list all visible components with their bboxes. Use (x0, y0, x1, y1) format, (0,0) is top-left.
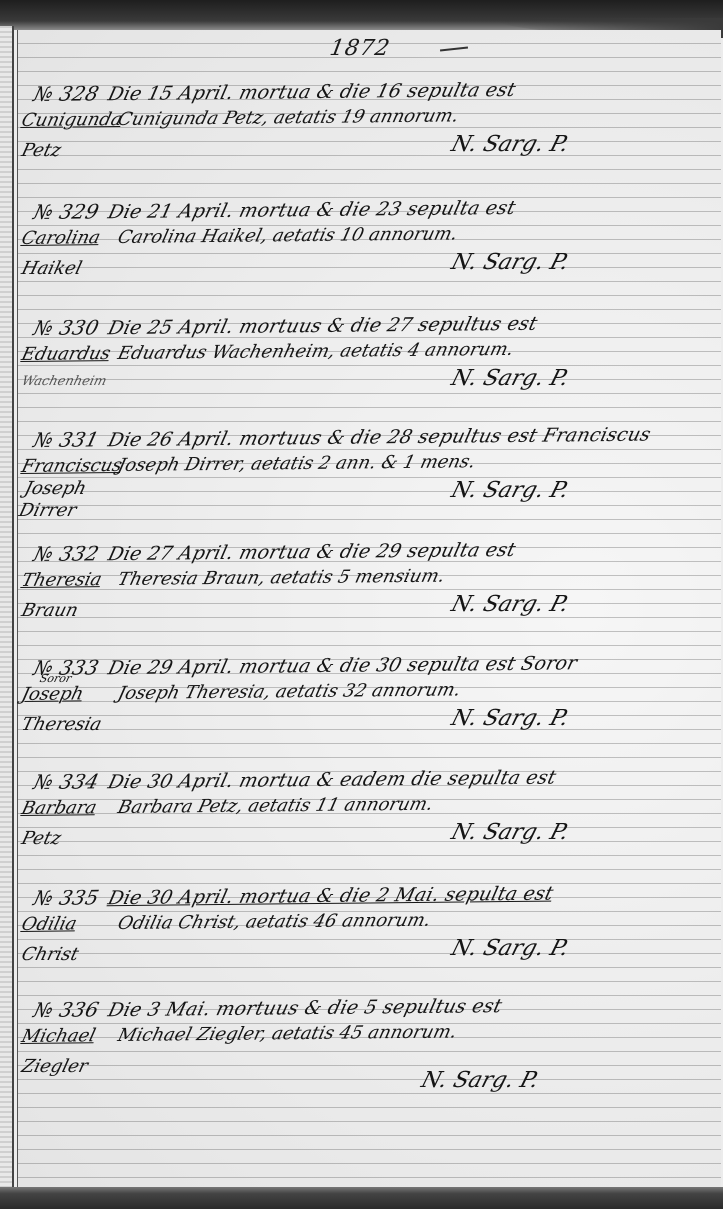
entry-death-burial-text: Die 27 April. mortua & die 29 sepulta es… (106, 539, 518, 565)
margin-first-name: Joseph (19, 683, 120, 705)
entry-name-age-text: Theresia Braun, aetatis 5 mensium. (116, 566, 447, 590)
margin-first-name: Cunigunda (19, 109, 120, 131)
margin-first-name: Carolina (19, 227, 120, 249)
entry-name-age-text: Cunigunda Petz, aetatis 19 annorum. (116, 105, 461, 130)
margin-surname: Wachenheim (20, 374, 108, 389)
priest-signature: N. Sarg. P. (448, 936, 571, 961)
entry-line-death-burial: № 336Die 3 Mai. mortuus & die 5 sepultus… (31, 993, 505, 1022)
entry-death-burial-text: Die 25 April. mortuus & die 27 sepultus … (106, 313, 540, 339)
entry-number: № 332 (31, 541, 101, 566)
entry-line-name-age: OdiliaOdilia Christ, aetatis 46 annorum. (19, 910, 432, 935)
entry-name-age-text: Joseph Dirrer, aetatis 2 ann. & 1 mens. (116, 451, 478, 476)
margin-surname: Braun (19, 600, 80, 621)
margin-surname: Haikel (19, 258, 84, 279)
margin-first-name: Eduardus (19, 343, 120, 365)
priest-signature: N. Sarg. P. (448, 478, 571, 503)
entry-number: № 331 (31, 427, 101, 452)
page-binding-edge (0, 26, 14, 1188)
margin-surname: Theresia (19, 714, 103, 735)
scanned-register-page: 1872 № 328Die 15 April. mortua & die 16 … (0, 0, 723, 1209)
entry-name-age-text: Joseph Theresia, aetatis 32 annorum. (116, 679, 463, 704)
page-year-heading: 1872 (328, 36, 392, 61)
entry-line-death-burial: № 329Die 21 April. mortua & die 23 sepul… (31, 195, 518, 224)
margin-first-name: Odilia (19, 913, 120, 935)
margin-surname: Ziegler (19, 1056, 90, 1077)
entry-death-burial-text: Die 15 April. mortua & die 16 sepulta es… (106, 79, 518, 105)
entry-line-name-age: TheresiaTheresia Braun, aetatis 5 mensiu… (19, 566, 446, 591)
entry-number: № 336 (31, 997, 101, 1022)
margin-first-name: Franciscus (19, 455, 120, 477)
priest-signature: N. Sarg. P. (418, 1068, 541, 1093)
margin-surname: Joseph Dirrer (17, 478, 89, 522)
entry-death-burial-text: Die 3 Mai. mortuus & die 5 sepultus est (106, 995, 505, 1021)
entry-line-death-burial: № 328Die 15 April. mortua & die 16 sepul… (31, 77, 518, 106)
margin-first-name: Theresia (19, 569, 120, 591)
margin-surname: Christ (19, 944, 80, 965)
priest-signature: N. Sarg. P. (448, 250, 571, 275)
entry-line-name-age: BarbaraBarbara Petz, aetatis 11 annorum. (19, 794, 435, 819)
margin-first-name: Barbara (19, 797, 120, 819)
entry-number: № 334 (31, 769, 101, 794)
entry-number: № 328 (31, 81, 101, 106)
entry-number: № 330 (31, 315, 101, 340)
entry-number: № 329 (31, 199, 101, 224)
entry-name-age-text: Michael Ziegler, aetatis 45 annorum. (116, 1021, 459, 1046)
entry-death-burial-text: Die 30 April. mortua & die 2 Mai. sepult… (106, 883, 556, 910)
entry-number: № 335 (31, 885, 101, 910)
margin-surname: Petz (19, 828, 63, 849)
priest-signature: N. Sarg. P. (448, 592, 571, 617)
priest-signature: N. Sarg. P. (448, 132, 571, 157)
entry-name-age-text: Eduardus Wachenheim, aetatis 4 annorum. (116, 339, 516, 364)
entry-name-age-text: Odilia Christ, aetatis 46 annorum. (116, 910, 433, 934)
margin-first-name: Michael (19, 1025, 120, 1047)
entry-line-death-burial: № 332Die 27 April. mortua & die 29 sepul… (31, 537, 518, 566)
entry-name-age-text: Barbara Petz, aetatis 11 annorum. (116, 794, 435, 818)
priest-signature: N. Sarg. P. (448, 706, 571, 731)
priest-signature: N. Sarg. P. (448, 366, 571, 391)
scan-bottom-shadow (0, 1187, 723, 1209)
entry-name-age-text: Carolina Haikel, aetatis 10 annorum. (116, 223, 460, 248)
entry-death-burial-text: Die 21 April. mortua & die 23 sepulta es… (106, 197, 518, 223)
priest-signature: N. Sarg. P. (448, 820, 571, 845)
margin-surname: Petz (19, 140, 63, 161)
scan-top-shadow (0, 0, 723, 30)
